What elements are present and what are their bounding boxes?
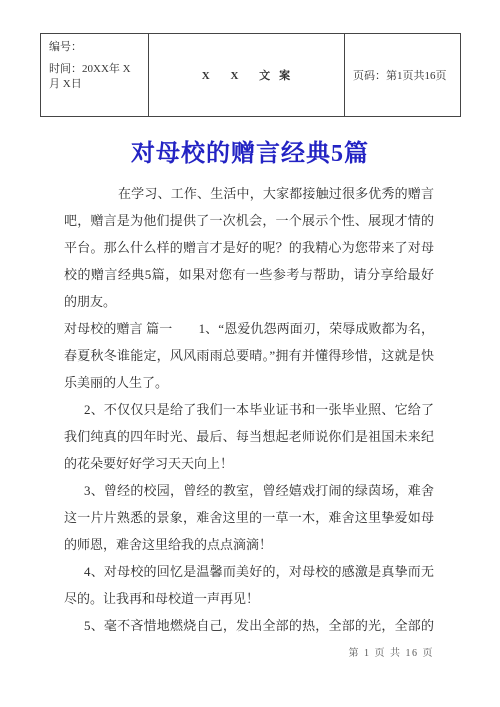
body-paragraph-item3: 3、曾经的校园，曾经的教室，曾经嬉戏打闹的绿茵场，难舍这一片片熟悉的景象，难舍这…	[64, 477, 434, 558]
footer-page-number-text: 第 1 页 共 16 页	[349, 648, 435, 659]
header-cell-center: X X 文案	[149, 34, 345, 117]
document-body: 在学习、工作、生活中，大家都接触过很多优秀的赠言吧，赠言是为他们提供了一次机会，…	[64, 180, 434, 640]
body-paragraph-section1: 对母校的赠言 篇一 1、“恩爱仇怨两面刃，荣辱成败都为名，春夏秋冬谁能定，风风雨…	[64, 315, 434, 396]
header-page-count-label: 页码：第1页共16页	[353, 70, 447, 82]
doc-number-label: 编号：	[49, 40, 140, 55]
header-cell-left: 编号： 时间：20XX年 X月 X日	[41, 34, 149, 117]
body-paragraph-item5: 5、毫不吝惜地燃烧自己，发出全部的热，全部的光，全部的能	[64, 612, 434, 640]
document-title: 对母校的赠言经典5篇	[0, 133, 500, 168]
document-page: 编号： 时间：20XX年 X月 X日 X X 文案 页码：第1页共16页 对母校…	[0, 0, 500, 707]
header-table: 编号： 时间：20XX年 X月 X日 X X 文案 页码：第1页共16页	[40, 33, 461, 117]
body-paragraph-item2: 2、不仅仅只是给了我们一本毕业证书和一张毕业照、它给了我们纯真的四年时光、最后、…	[64, 396, 434, 477]
doc-time-label: 时间：20XX年 X月 X日	[49, 62, 140, 92]
doc-brand-text: X X 文案	[202, 70, 299, 82]
header-table-row: 编号： 时间：20XX年 X月 X日 X X 文案 页码：第1页共16页	[41, 34, 461, 117]
body-paragraph-item4: 4、对母校的回忆是温馨而美好的，对母校的感激是真挚而无尽的。让我再和母校道一声再…	[64, 558, 434, 612]
page-footer: 第 1 页 共 16 页	[64, 644, 434, 659]
body-paragraph-intro: 在学习、工作、生活中，大家都接触过很多优秀的赠言吧，赠言是为他们提供了一次机会，…	[64, 180, 434, 315]
header-cell-right: 页码：第1页共16页	[345, 34, 461, 117]
